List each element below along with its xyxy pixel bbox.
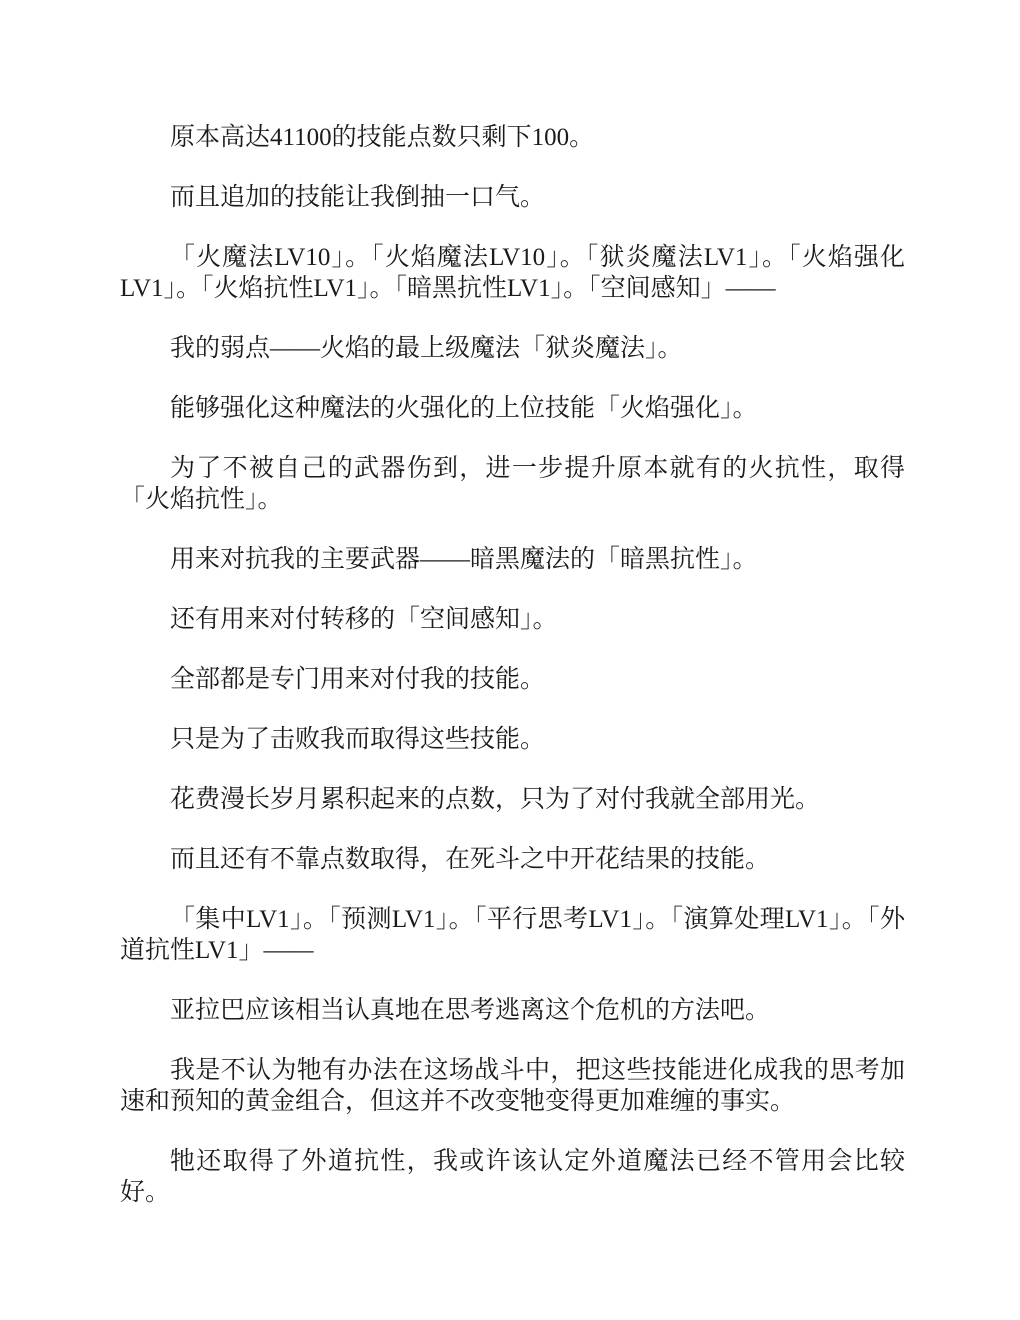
paragraph: 能够强化这种魔法的火强化的上位技能「火焰强化」。 xyxy=(120,393,905,424)
paragraph: 我的弱点——火焰的最上级魔法「狱炎魔法」。 xyxy=(120,333,905,364)
paragraph: 全部都是专门用来对付我的技能。 xyxy=(120,664,905,695)
novel-page: 原本高达41100的技能点数只剩下100。而且追加的技能让我倒抽一口气。「火魔法… xyxy=(0,0,1020,1320)
document-body: 原本高达41100的技能点数只剩下100。而且追加的技能让我倒抽一口气。「火魔法… xyxy=(120,122,905,1208)
paragraph: 只是为了击败我而取得这些技能。 xyxy=(120,724,905,755)
paragraph: 花费漫长岁月累积起来的点数，只为了对付我就全部用光。 xyxy=(120,784,905,815)
paragraph: 而且还有不靠点数取得，在死斗之中开花结果的技能。 xyxy=(120,844,905,875)
paragraph: 我是不认为牠有办法在这场战斗中，把这些技能进化成我的思考加速和预知的黄金组合，但… xyxy=(120,1055,905,1117)
paragraph: 原本高达41100的技能点数只剩下100。 xyxy=(120,122,905,153)
paragraph: 而且追加的技能让我倒抽一口气。 xyxy=(120,182,905,213)
paragraph: 用来对抗我的主要武器——暗黑魔法的「暗黑抗性」。 xyxy=(120,544,905,575)
paragraph: 还有用来对付转移的「空间感知」。 xyxy=(120,604,905,635)
paragraph: 亚拉巴应该相当认真地在思考逃离这个危机的方法吧。 xyxy=(120,995,905,1026)
paragraph: 为了不被自己的武器伤到，进一步提升原本就有的火抗性，取得「火焰抗性」。 xyxy=(120,453,905,515)
paragraph: 「集中LV1」。「预测LV1」。「平行思考LV1」。「演算处理LV1」。「外道抗… xyxy=(120,904,905,966)
paragraph: 牠还取得了外道抗性，我或许该认定外道魔法已经不管用会比较好。 xyxy=(120,1146,905,1208)
paragraph: 「火魔法LV10」。「火焰魔法LV10」。「狱炎魔法LV1」。「火焰强化LV1」… xyxy=(120,242,905,304)
